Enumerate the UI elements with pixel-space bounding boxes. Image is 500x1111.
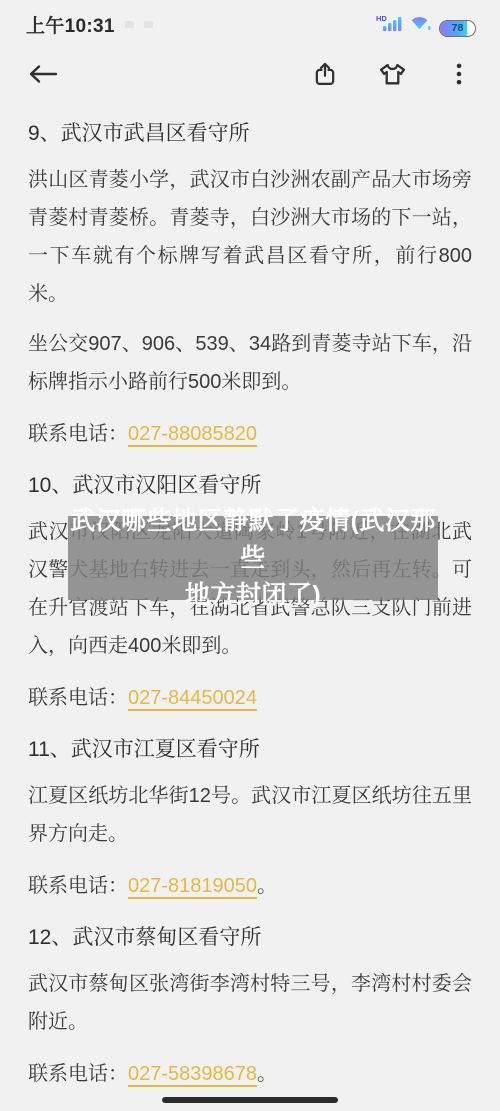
status-bar: 上午10:31 HD <box>0 0 500 45</box>
section-12-paragraph-1: 武汉市蔡甸区张湾街李湾村特三号，李湾村村委会附近。 <box>28 965 472 1041</box>
section-10-paragraph-wrap: 武汉市汉阳区龙阳大道陶家岭1号附近，在湖北武汉警犬基地右转进去一直走到头，然后再… <box>28 513 472 665</box>
notification-icon <box>125 21 134 28</box>
article-body: 9、武汉市武昌区看守所 洪山区青菱小学，武汉市白沙洲农副产品大市场旁青菱村青菱桥… <box>0 119 500 1089</box>
phone-suffix: 。 <box>257 875 277 897</box>
phone-link[interactable]: 027-88085820 <box>128 423 257 445</box>
shirt-icon <box>378 60 407 89</box>
back-arrow-icon <box>27 62 59 86</box>
back-button[interactable] <box>26 57 60 91</box>
watermark-overlay: 武汉哪些地区静默了疫情(武汉那些 地方封闭了) <box>68 516 438 600</box>
section-heading-11: 11、武汉市江夏区看守所 <box>28 735 472 765</box>
section-heading-9: 9、武汉市武昌区看守所 <box>28 119 472 149</box>
phone-screen: 上午10:31 HD <box>0 0 500 1111</box>
section-9-phone-line: 联系电话：027-88085820 <box>28 419 472 449</box>
nav-actions <box>308 57 476 91</box>
nav-bar <box>0 45 500 103</box>
notification-icon <box>144 21 153 28</box>
wifi-icon <box>409 13 432 37</box>
section-9-paragraph-1: 洪山区青菱小学，武汉市白沙洲农副产品大市场旁青菱村青菱桥。青菱寺，白沙洲大市场的… <box>28 161 472 313</box>
status-right: HD <box>375 13 476 37</box>
home-indicator-bar[interactable] <box>162 1097 338 1103</box>
share-button[interactable] <box>308 57 342 91</box>
svg-text:HD: HD <box>376 14 387 23</box>
phone-link[interactable]: 027-58398678 <box>128 1063 257 1085</box>
phone-link[interactable]: 027-84450024 <box>128 687 257 709</box>
share-icon <box>311 60 339 88</box>
phone-link[interactable]: 027-81819050 <box>128 875 257 897</box>
phone-label: 联系电话： <box>28 423 128 445</box>
phone-label: 联系电话： <box>28 687 128 709</box>
phone-label: 联系电话： <box>28 875 128 897</box>
skin-theme-button[interactable] <box>375 57 409 91</box>
phone-label: 联系电话： <box>28 1063 128 1085</box>
section-12-phone-line: 联系电话：027-58398678。 <box>28 1059 472 1089</box>
section-10-phone-line: 联系电话：027-84450024 <box>28 683 472 713</box>
section-11-phone-line: 联系电话：027-81819050。 <box>28 871 472 901</box>
section-9-paragraph-2: 坐公交907、906、539、34路到青菱寺站下车，沿标牌指示小路前行500米即… <box>28 325 472 401</box>
section-11-paragraph-1: 江夏区纸坊北华街12号。武汉市江夏区纸坊往五里界方向走。 <box>28 777 472 853</box>
battery-icon: 78 <box>439 20 476 37</box>
phone-suffix: 。 <box>257 1063 277 1085</box>
status-left: 上午10:31 <box>26 11 153 38</box>
battery-percent: 78 <box>440 21 475 36</box>
more-menu-button[interactable] <box>442 57 476 91</box>
more-dots-icon <box>446 61 472 87</box>
watermark-line-2: 地方封闭了) <box>185 577 321 614</box>
section-heading-12: 12、武汉市蔡甸区看守所 <box>28 923 472 953</box>
cell-signal-hd-icon: HD <box>375 13 402 37</box>
watermark-line-1: 武汉哪些地区静默了疫情(武汉那些 <box>68 503 438 577</box>
clock-time: 上午10:31 <box>26 11 115 38</box>
section-heading-10: 10、武汉市汉阳区看守所 <box>28 471 472 501</box>
